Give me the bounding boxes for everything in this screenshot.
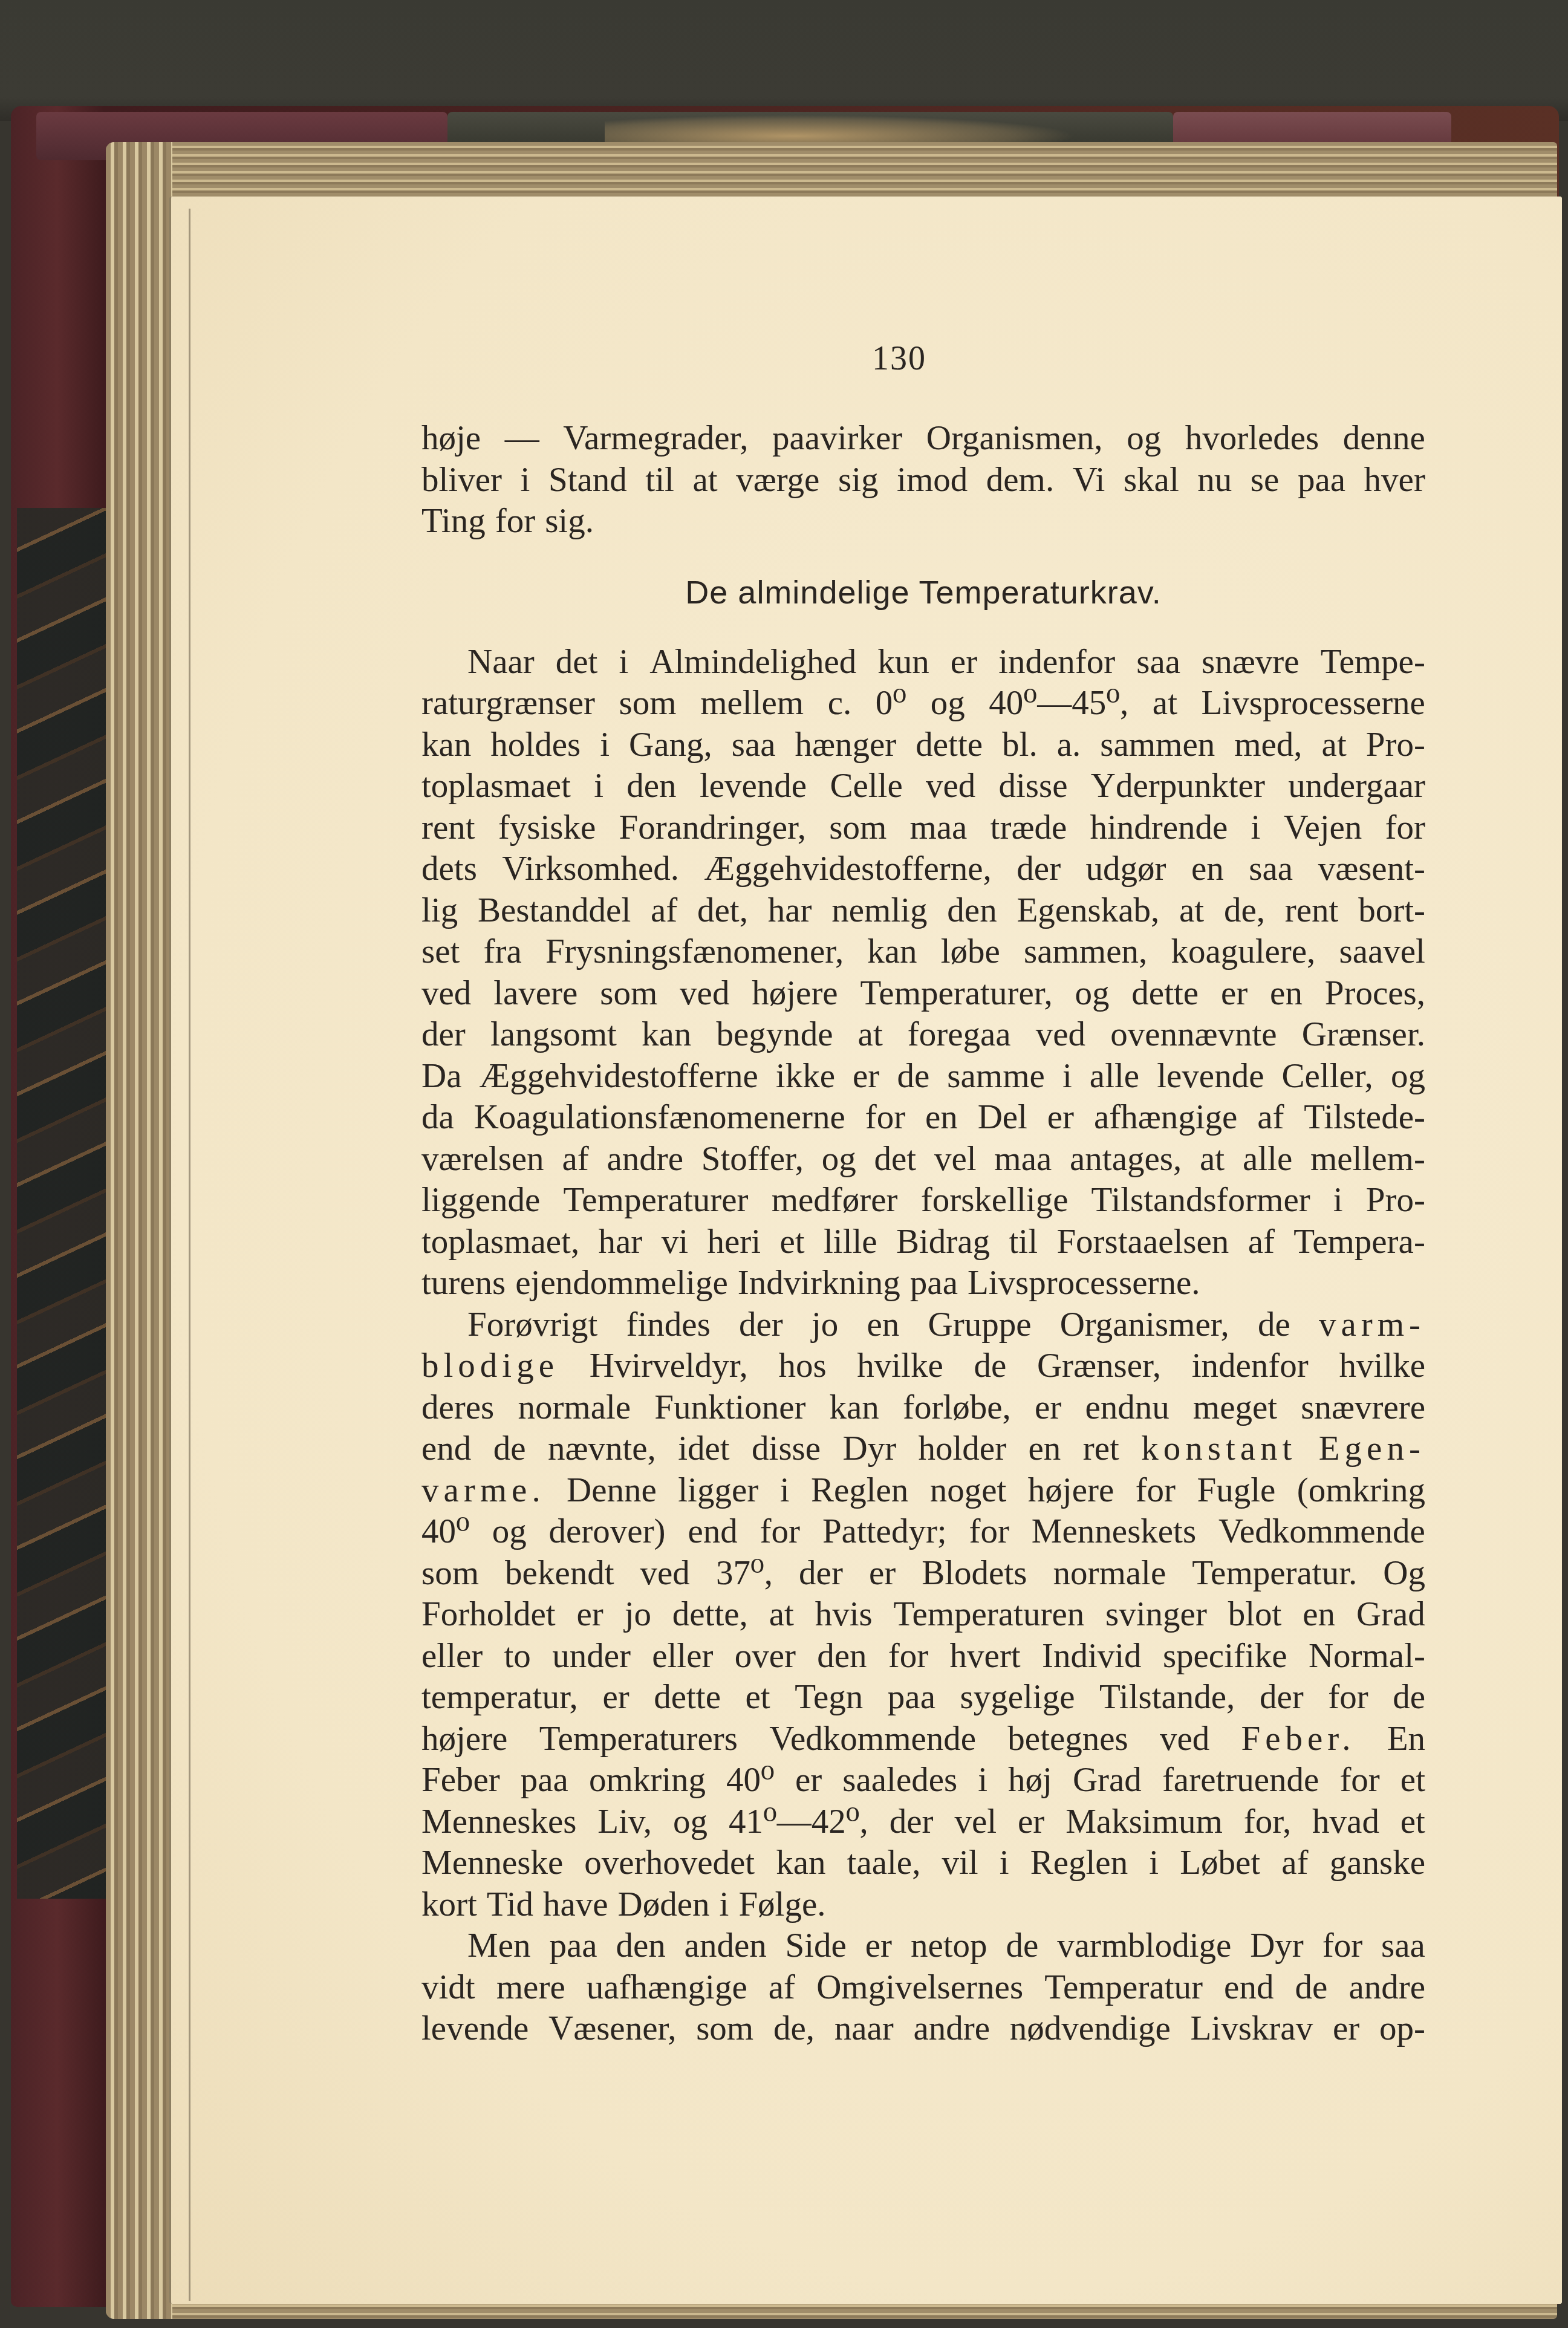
text-line: Feberpaaomkring40⁰ersaaledesihøjGradfare… xyxy=(421,1760,1425,1801)
text-line: sombekendtved37⁰,dererBlodetsnormaleTemp… xyxy=(421,1553,1425,1595)
page-text: 130 høje—Varmegrader,paavirkerOrganismen… xyxy=(421,342,1425,2050)
text-line: liggendeTemperaturermedførerforskelligeT… xyxy=(421,1180,1425,1221)
text-line: Forholdeterjodette,athvisTemperaturensvi… xyxy=(421,1594,1425,1636)
text-line: værelsenafandreStoffer,ogdetvelmaaantage… xyxy=(421,1139,1425,1180)
scan-background xyxy=(0,0,1568,121)
text-line: setfraFrysningsfænomener,kanløbesammen,k… xyxy=(421,931,1425,973)
text-line: 40⁰ogderover)endforPattedyr;forMennesket… xyxy=(421,1511,1425,1553)
text-line: NaardetiAlmindelighedkunerindenforsaasnæ… xyxy=(421,642,1425,683)
text-line: ligBestanddelafdet,harnemligdenEgenskab,… xyxy=(421,890,1425,932)
text-line: raturgrænsersommellemc.0⁰og40⁰—45⁰,atLiv… xyxy=(421,683,1425,724)
text-line: levendeVæsener,somde,naarandrenødvendige… xyxy=(421,2008,1425,2050)
page-gutter-line xyxy=(189,209,190,2301)
text-line: vidtmereuafhængigeafOmgivelsernesTempera… xyxy=(421,1967,1425,2009)
text-line: daKoagulationsfænomenerneforenDelerafhæn… xyxy=(421,1097,1425,1139)
text-line: høje—Varmegrader,paavirkerOrganismen,ogh… xyxy=(421,418,1425,460)
text-line: kanholdesiGang,saahængerdettebl.a.sammen… xyxy=(421,724,1425,766)
text-line: rentfysiskeForandringer,sommaatrædehindr… xyxy=(421,807,1425,849)
paragraph: MenpaadenandenSideernetopdevarmblodigeDy… xyxy=(421,1925,1425,2050)
text-line: detsVirksomhed.Æggehvidestofferne,derudg… xyxy=(421,848,1425,890)
paragraph: NaardetiAlmindelighedkunerindenforsaasnæ… xyxy=(421,642,1425,1304)
page-number: 130 xyxy=(421,342,1425,376)
text-line: enddenævnte,idetdisseDyrholderenretkonst… xyxy=(421,1428,1425,1470)
text-line: ellertounderelleroverdenforhvertIndivids… xyxy=(421,1636,1425,1677)
text-line: vedlaveresomvedhøjereTemperaturer,ogdett… xyxy=(421,973,1425,1015)
text-line: Tingforsig. xyxy=(421,501,1425,542)
marbled-edge xyxy=(17,508,108,1899)
body-paragraphs: NaardetiAlmindelighedkunerindenforsaasnæ… xyxy=(421,642,1425,2050)
text-line: bliveriStandtilatværgesigimoddem.Viskaln… xyxy=(421,460,1425,501)
text-line: MenneskesLiv,og41⁰—42⁰,dervelerMaksimumf… xyxy=(421,1801,1425,1843)
text-line: højereTemperaturersVedkommendebetegnesve… xyxy=(421,1718,1425,1760)
text-line: temperatur,erdetteetTegnpaasygeligeTilst… xyxy=(421,1677,1425,1718)
text-line: MenpaadenandenSideernetopdevarmblodigeDy… xyxy=(421,1925,1425,1967)
text-line: kortTidhaveDødeniFølge. xyxy=(421,1884,1425,1926)
paragraph: ForøvrigtfindesderjoenGruppeOrganismer,d… xyxy=(421,1304,1425,1926)
intro-paragraph: høje—Varmegrader,paavirkerOrganismen,ogh… xyxy=(421,418,1425,542)
text-line: toplasmaetidenlevendeCelleveddisseYderpu… xyxy=(421,766,1425,807)
text-line: blodigeHvirveldyr,hoshvilkedeGrænser,ind… xyxy=(421,1345,1425,1387)
section-heading: De almindelige Temperaturkrav. xyxy=(421,576,1425,609)
text-line: deresnormaleFunktionerkanforløbe,erendnu… xyxy=(421,1387,1425,1429)
text-line: toplasmaet,harviherietlilleBidragtilFors… xyxy=(421,1221,1425,1263)
text-line: turensejendommeligeIndvirkningpaaLivspro… xyxy=(421,1263,1425,1304)
text-line: Menneskeoverhovedetkantaale,viliRegleniL… xyxy=(421,1842,1425,1884)
text-line: derlangsomtkanbegyndeatforegaavedovennæv… xyxy=(421,1014,1425,1056)
text-line: DaÆggehvidestofferneikkeerdesammeiallele… xyxy=(421,1056,1425,1097)
text-line: ForøvrigtfindesderjoenGruppeOrganismer,d… xyxy=(421,1304,1425,1346)
text-line: varme.DenneliggeriReglennogethøjereforFu… xyxy=(421,1470,1425,1512)
page-stack-edge xyxy=(106,142,172,2319)
